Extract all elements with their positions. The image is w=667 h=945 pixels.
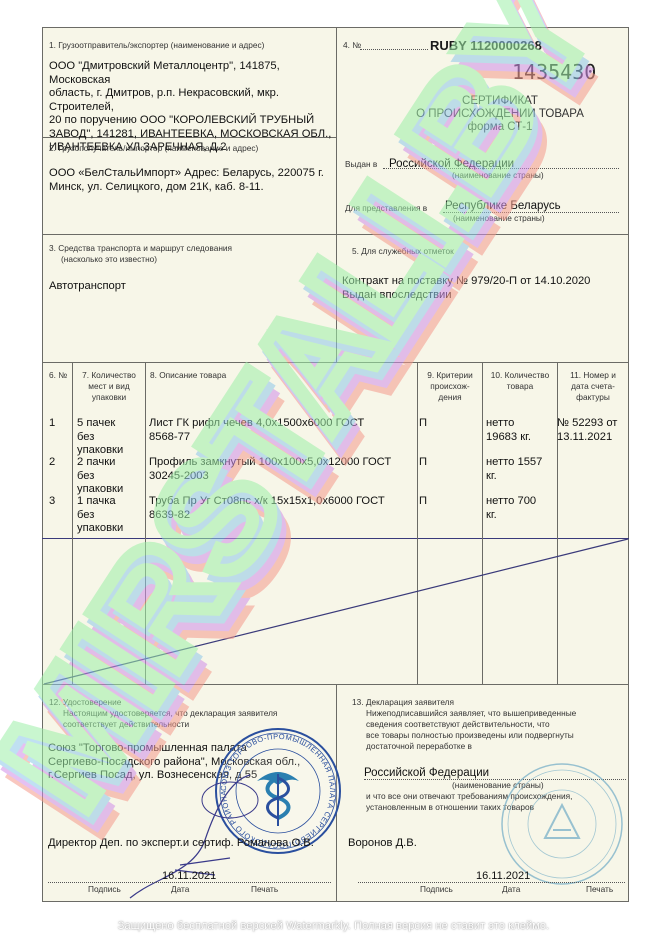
cell-line: без xyxy=(77,470,123,484)
declaration-line: Нижеподписавшийся заявляет, что вышеприв… xyxy=(366,708,576,719)
col-header-criteria: 9. Критерии происхож- дения xyxy=(419,370,481,403)
row3-description: Труба Пр Уг Ст08пс х/к 15x15x1,0x6000 ГО… xyxy=(149,495,385,522)
box3-label: 3. Средства транспорта и маршрут следова… xyxy=(49,243,232,254)
row3-quantity: нетто 700 кг. xyxy=(486,495,536,522)
header-line: 11. Номер и xyxy=(559,370,627,381)
row1-no: 1 xyxy=(49,417,55,431)
declaration-line: сведения соответствуют действительности,… xyxy=(366,719,576,730)
issued-retro-line: Выдан впоследствии xyxy=(342,289,452,303)
row3-places: 1 пачка без упаковки xyxy=(77,495,123,536)
box13-date: 16.11.2021 xyxy=(476,870,530,884)
cell-line: 19683 кг. xyxy=(486,431,531,445)
box4-label: 4. № xyxy=(343,40,361,51)
box3-label-hint: (насколько это известно) xyxy=(61,254,157,265)
cell-line: № 52293 от xyxy=(557,417,617,431)
cell-line: упаковки xyxy=(77,522,123,536)
header-line: дата счета- xyxy=(559,381,627,392)
box13-label: 13. Декларация заявителя xyxy=(352,697,454,708)
box12-label: 12. Удостоверение xyxy=(49,697,121,708)
header-line: дения xyxy=(419,392,481,403)
certificate-title: СЕРТИФИКАТ О ПРОИСХОЖДЕНИИ ТОВАРА форма … xyxy=(400,95,600,134)
declaration-line: все товары полностью произведены или под… xyxy=(366,730,576,741)
row1-invoice: № 52293 от 13.11.2021 xyxy=(557,417,617,444)
serial-number: 1435430 xyxy=(512,60,596,84)
row2-criteria: П xyxy=(419,456,427,470)
box2-label: 2. Грузополучатель/импортер (наименовани… xyxy=(49,143,258,154)
row1-description: Лист ГК рифл чечев 4,0x1500x6000 ГОСТ 85… xyxy=(149,417,364,444)
issued-in-label: Выдан в xyxy=(345,159,377,170)
divider-table-top xyxy=(42,362,629,363)
cell-line: 8568-77 xyxy=(149,431,364,445)
cell-line: кг. xyxy=(486,470,542,484)
header-line: 9. Критерии xyxy=(419,370,481,381)
cell-line: без xyxy=(77,509,123,523)
cell-line: 13.11.2021 xyxy=(557,431,617,445)
cell-line: без xyxy=(77,431,123,445)
consignee-line: Минск, ул. Селицкого, дом 21К, каб. 8-11… xyxy=(49,181,334,195)
row1-quantity: нетто 19683 кг. xyxy=(486,417,531,444)
transport-value: Автотранспорт xyxy=(49,280,126,294)
declaration-country: Российской Федерации xyxy=(364,767,489,781)
header-line: 7. Количество xyxy=(75,370,143,381)
title-line: СЕРТИФИКАТ xyxy=(400,95,600,108)
exporter-line: 20 по поручению ООО "КОРОЛЕВСКИЙ ТРУБНЫЙ xyxy=(49,114,334,128)
cell-line: 5 пачек xyxy=(77,417,123,431)
exporter-address: ООО "Дмитровский Металлоцентр", 141875, … xyxy=(49,60,334,155)
box13-sign-label: Подпись xyxy=(420,884,453,895)
col-header-places: 7. Количество мест и вид упаковки xyxy=(75,370,143,403)
row1-criteria: П xyxy=(419,417,427,431)
chamber-signer: Директор Деп. по эксперт.и сертиф. Роман… xyxy=(48,837,314,851)
cell-line: нетто 1557 xyxy=(486,456,542,470)
header-line: мест и вид xyxy=(75,381,143,392)
contract-line: Контракт на поставку № 979/20-П от 14.10… xyxy=(342,275,590,289)
box12-sign-label: Подпись xyxy=(88,884,121,895)
box1-label: 1. Грузоотправитель/экспортер (наименова… xyxy=(49,40,264,51)
for-country: Республике Беларусь xyxy=(445,200,561,214)
box12-date-label: Дата xyxy=(171,884,189,895)
col-header-no: 6. № xyxy=(49,370,67,381)
col-header-invoice: 11. Номер и дата счета- фактуры xyxy=(559,370,627,403)
box12-date: 16.11.2021 xyxy=(162,870,216,884)
exporter-line: ООО "Дмитровский Металлоцентр", 141875, … xyxy=(49,60,334,87)
cell-line: 8639-82 xyxy=(149,509,385,523)
declaration-line: достаточной переработке в xyxy=(366,741,576,752)
divider-box2-box3 xyxy=(42,234,629,235)
cell-line: кг. xyxy=(486,509,536,523)
header-line: происхож- xyxy=(419,381,481,392)
footer-watermark: Защищено бесплатной версией Watermarkly.… xyxy=(0,920,667,932)
cell-line: Профиль замкнутый 100x100x5,0x12000 ГОСТ xyxy=(149,456,391,470)
applicant-signer: Воронов Д.В. xyxy=(348,837,417,851)
title-line: форма СТ-1 xyxy=(400,121,600,134)
certificate-number: RUBY 1120000268 xyxy=(428,38,544,53)
row2-no: 2 xyxy=(49,456,55,470)
cell-line: Труба Пр Уг Ст08пс х/к 15x15x1,0x6000 ГО… xyxy=(149,495,385,509)
exporter-line: ЗАВОД", 141281, ИВАНТЕЕВКА, МОСКОВСКАЯ О… xyxy=(49,128,334,142)
divider-vertical-top xyxy=(336,27,337,362)
cell-line: 2 пачки xyxy=(77,456,123,470)
col-header-quantity: 10. Количество товара xyxy=(484,370,556,392)
cell-line: 1 пачка xyxy=(77,495,123,509)
header-line: упаковки xyxy=(75,392,143,403)
for-hint: (наименование страны) xyxy=(453,213,545,224)
box13-stamp-label: Печать xyxy=(586,884,613,895)
box12-stamp-label: Печать xyxy=(251,884,278,895)
row2-places: 2 пачки без упаковки xyxy=(77,456,123,497)
cell-line: нетто xyxy=(486,417,531,431)
for-label: Для представления в xyxy=(345,203,427,214)
col-header-description: 8. Описание товара xyxy=(150,370,226,381)
declaration-text: Нижеподписавшийся заявляет, что вышеприв… xyxy=(366,708,576,752)
row3-criteria: П xyxy=(419,495,427,509)
issued-in-hint: (наименование страны) xyxy=(452,170,544,181)
row2-quantity: нетто 1557 кг. xyxy=(486,456,542,483)
box13-date-label: Дата xyxy=(502,884,520,895)
exporter-line: область, г. Дмитров, р.п. Некрасовский, … xyxy=(49,87,334,114)
header-line: товара xyxy=(484,381,556,392)
cell-line: 30245-2003 xyxy=(149,470,391,484)
cell-line: нетто 700 xyxy=(486,495,536,509)
title-line: О ПРОИСХОЖДЕНИИ ТОВАРА xyxy=(400,108,600,121)
consignee-address: ООО «БелСтальИмпорт» Адрес: Беларусь, 22… xyxy=(49,167,334,194)
row2-description: Профиль замкнутый 100x100x5,0x12000 ГОСТ… xyxy=(149,456,391,483)
header-line: фактуры xyxy=(559,392,627,403)
cell-line: Лист ГК рифл чечев 4,0x1500x6000 ГОСТ xyxy=(149,417,364,431)
consignee-line: ООО «БелСтальИмпорт» Адрес: Беларусь, 22… xyxy=(49,167,334,181)
intro-line: Настоящим удостоверяется, что декларация… xyxy=(63,708,277,719)
row3-no: 3 xyxy=(49,495,55,509)
header-line: 10. Количество xyxy=(484,370,556,381)
box5-label: 5. Для служебных отметок xyxy=(352,246,454,257)
cancel-diagonal-line xyxy=(42,538,630,686)
row1-places: 5 пачек без упаковки xyxy=(77,417,123,458)
